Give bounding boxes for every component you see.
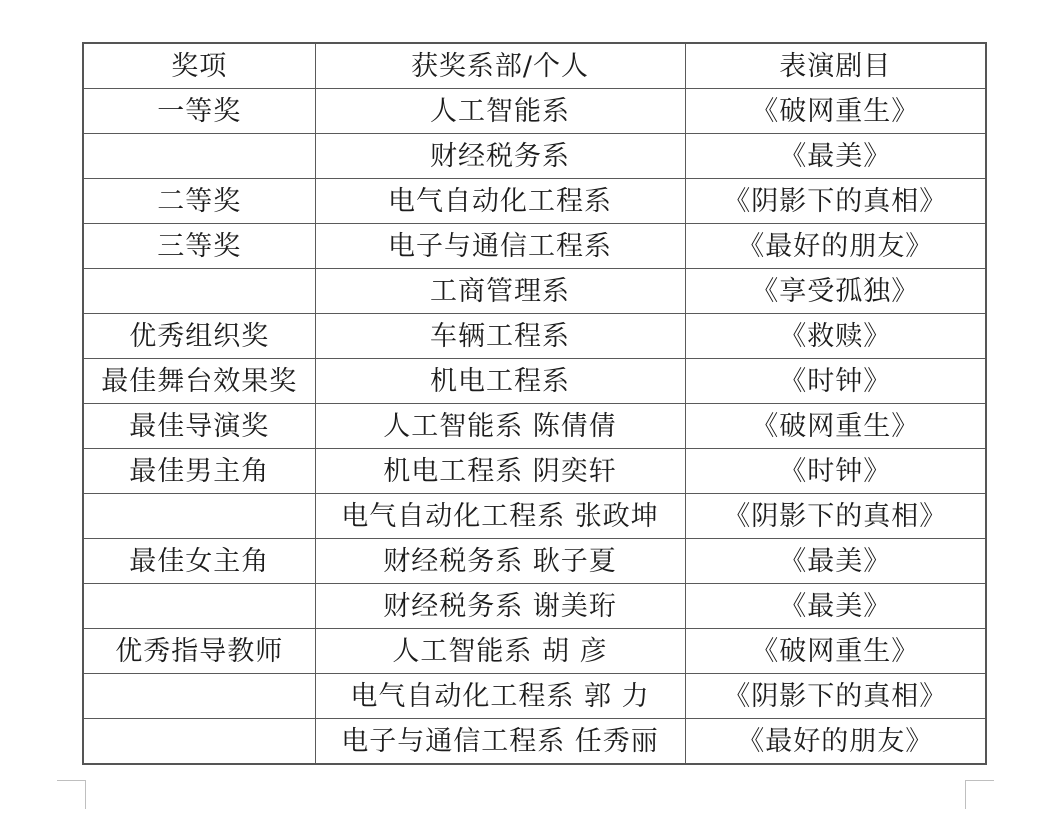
- winner-cell: 财经税务系 谢美珩: [315, 584, 685, 629]
- performance-cell: 《破网重生》: [685, 629, 986, 674]
- winner-cell: 电气自动化工程系: [315, 179, 685, 224]
- award-cell: [83, 674, 315, 719]
- award-cell: 三等奖: [83, 224, 315, 269]
- table-row: 工商管理系 《享受孤独》: [83, 269, 986, 314]
- table-row: 电气自动化工程系 郭 力 《阴影下的真相》: [83, 674, 986, 719]
- award-cell: 最佳女主角: [83, 539, 315, 584]
- performance-cell: 《阴影下的真相》: [685, 179, 986, 224]
- performance-cell: 《最好的朋友》: [685, 719, 986, 765]
- table-header-row: 奖项 获奖系部/个人 表演剧目: [83, 43, 986, 89]
- performance-cell: 《救赎》: [685, 314, 986, 359]
- performance-cell: 《阴影下的真相》: [685, 494, 986, 539]
- award-results-table: 奖项 获奖系部/个人 表演剧目 一等奖 人工智能系 《破网重生》 财经税务系 《…: [82, 42, 987, 765]
- winner-cell: 人工智能系: [315, 89, 685, 134]
- award-cell: 二等奖: [83, 179, 315, 224]
- winner-cell: 财经税务系 耿子夏: [315, 539, 685, 584]
- page-margin-corner-mark-right: [965, 780, 994, 809]
- performance-cell: 《最美》: [685, 134, 986, 179]
- performance-cell: 《阴影下的真相》: [685, 674, 986, 719]
- performance-cell: 《享受孤独》: [685, 269, 986, 314]
- header-winner: 获奖系部/个人: [315, 43, 685, 89]
- winner-cell: 车辆工程系: [315, 314, 685, 359]
- performance-cell: 《最美》: [685, 584, 986, 629]
- table-row: 财经税务系 《最美》: [83, 134, 986, 179]
- award-cell: [83, 134, 315, 179]
- table-row: 一等奖 人工智能系 《破网重生》: [83, 89, 986, 134]
- table-row: 最佳导演奖 人工智能系 陈倩倩 《破网重生》: [83, 404, 986, 449]
- award-cell: 一等奖: [83, 89, 315, 134]
- winner-cell: 工商管理系: [315, 269, 685, 314]
- winner-cell: 财经税务系: [315, 134, 685, 179]
- table-row: 三等奖 电子与通信工程系 《最好的朋友》: [83, 224, 986, 269]
- award-cell: [83, 719, 315, 765]
- award-cell: 优秀指导教师: [83, 629, 315, 674]
- performance-cell: 《时钟》: [685, 359, 986, 404]
- award-cell: 最佳男主角: [83, 449, 315, 494]
- award-cell: 最佳导演奖: [83, 404, 315, 449]
- award-cell: 最佳舞台效果奖: [83, 359, 315, 404]
- table-row: 电气自动化工程系 张政坤 《阴影下的真相》: [83, 494, 986, 539]
- table-row: 优秀指导教师 人工智能系 胡 彦 《破网重生》: [83, 629, 986, 674]
- table-row: 最佳舞台效果奖 机电工程系 《时钟》: [83, 359, 986, 404]
- award-cell: [83, 584, 315, 629]
- winner-cell: 人工智能系 胡 彦: [315, 629, 685, 674]
- award-cell: [83, 494, 315, 539]
- table-row: 最佳女主角 财经税务系 耿子夏 《最美》: [83, 539, 986, 584]
- winner-cell: 机电工程系: [315, 359, 685, 404]
- performance-cell: 《破网重生》: [685, 89, 986, 134]
- page-margin-corner-mark-left: [57, 780, 86, 809]
- table-row: 最佳男主角 机电工程系 阴奕轩 《时钟》: [83, 449, 986, 494]
- performance-cell: 《最好的朋友》: [685, 224, 986, 269]
- header-award: 奖项: [83, 43, 315, 89]
- winner-cell: 电气自动化工程系 郭 力: [315, 674, 685, 719]
- table-row: 优秀组织奖 车辆工程系 《救赎》: [83, 314, 986, 359]
- winner-cell: 机电工程系 阴奕轩: [315, 449, 685, 494]
- table-row: 电子与通信工程系 任秀丽 《最好的朋友》: [83, 719, 986, 765]
- table-row: 二等奖 电气自动化工程系 《阴影下的真相》: [83, 179, 986, 224]
- performance-cell: 《最美》: [685, 539, 986, 584]
- header-performance: 表演剧目: [685, 43, 986, 89]
- performance-cell: 《破网重生》: [685, 404, 986, 449]
- winner-cell: 电子与通信工程系 任秀丽: [315, 719, 685, 765]
- winner-cell: 人工智能系 陈倩倩: [315, 404, 685, 449]
- performance-cell: 《时钟》: [685, 449, 986, 494]
- award-cell: [83, 269, 315, 314]
- award-cell: 优秀组织奖: [83, 314, 315, 359]
- winner-cell: 电子与通信工程系: [315, 224, 685, 269]
- winner-cell: 电气自动化工程系 张政坤: [315, 494, 685, 539]
- table-row: 财经税务系 谢美珩 《最美》: [83, 584, 986, 629]
